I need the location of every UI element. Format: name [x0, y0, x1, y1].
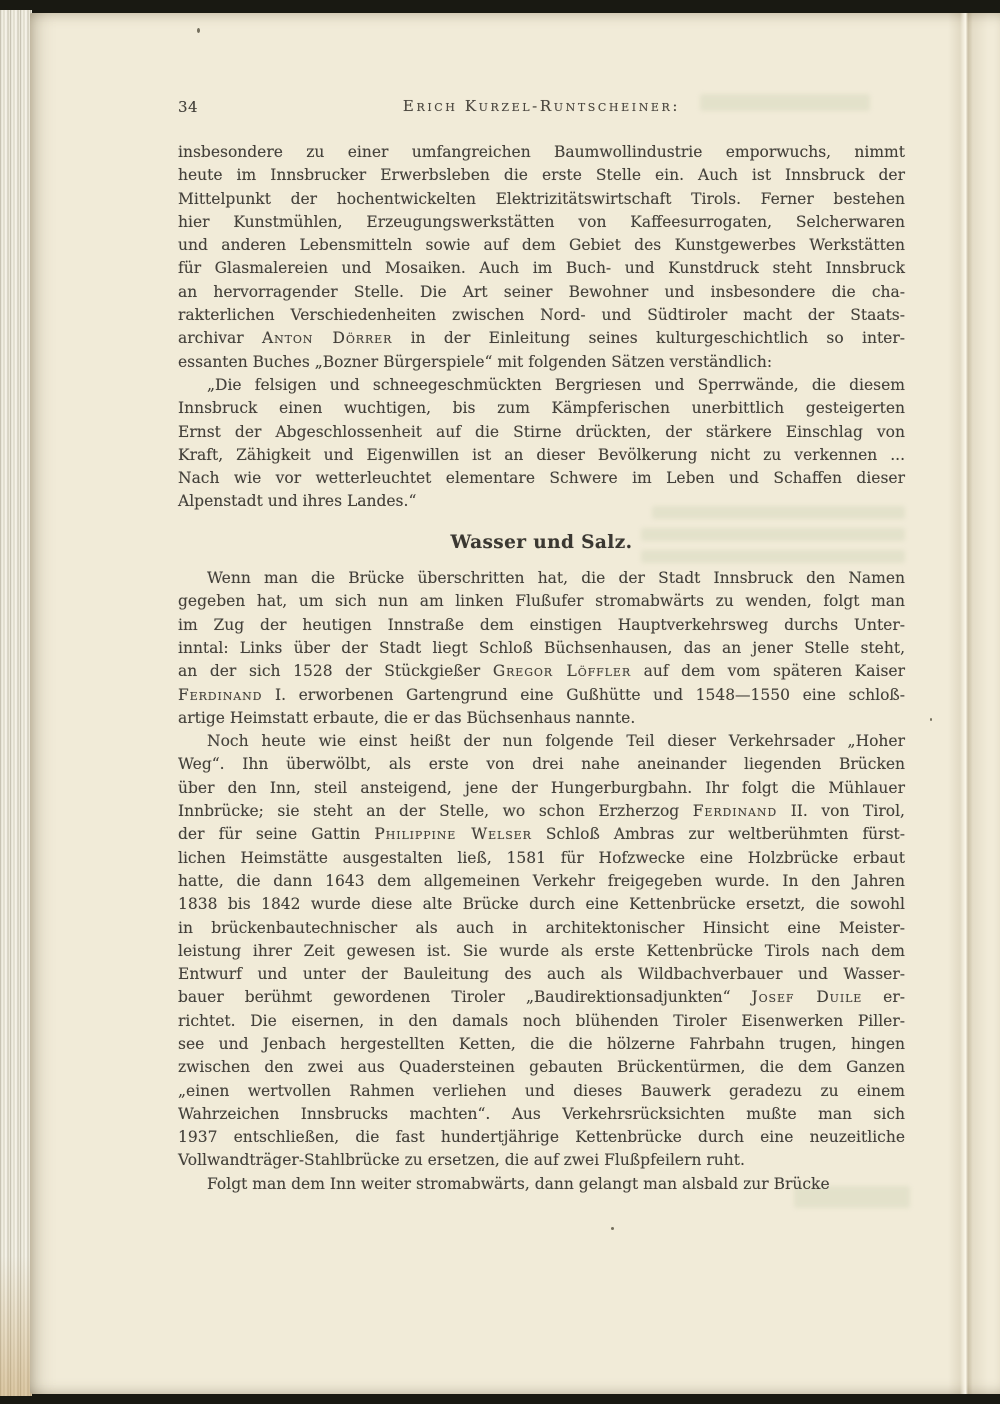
small-caps-name: Josef Duile — [752, 988, 863, 1006]
body-line: heute im Innsbrucker Erwerbsleben die er… — [178, 164, 905, 187]
body-line: Entwurf und unter der Bauleitung des auc… — [178, 963, 905, 986]
paper-speck — [611, 1227, 614, 1230]
body-line: bauer berühmt gewordenen Tiroler „Baudir… — [178, 986, 905, 1009]
paragraph: insbesondere zu einer umfangreichen Baum… — [178, 141, 905, 374]
body-line: und anderen Lebensmitteln sowie auf dem … — [178, 234, 905, 257]
page-header: 34 Erich Kurzel-Runtscheiner: — [178, 95, 905, 115]
paragraph: „Die felsigen und schneegeschmückten Ber… — [178, 374, 905, 514]
body-line: lichen Heimstätte ausgestalten ließ, 158… — [178, 847, 905, 870]
body-line: see und Jenbach hergestellten Ketten, di… — [178, 1033, 905, 1056]
body-line: insbesondere zu einer umfangreichen Baum… — [178, 141, 905, 164]
paragraph: Wenn man die Brücke überschritten hat, d… — [178, 567, 905, 730]
small-caps-name: Gregor Löffler — [493, 662, 631, 680]
body-line: Weg“. Ihn überwölbt, als erste von drei … — [178, 753, 905, 776]
body-line: essanten Buches „Bozner Bürgerspiele“ mi… — [178, 351, 905, 374]
small-caps-name: Ferdinand — [178, 686, 262, 704]
running-header: Erich Kurzel-Runtscheiner: — [178, 95, 905, 118]
body-line: an hervorragender Stelle. Die Art seiner… — [178, 281, 905, 304]
body-line: „einen wertvollen Rahmen verliehen und d… — [178, 1080, 905, 1103]
body-line: leistung ihrer Zeit gewesen ist. Sie wur… — [178, 940, 905, 963]
body-line: Ernst der Abgeschlossenheit auf die Stir… — [178, 421, 905, 444]
body-line: im Zug der heutigen Innstraße dem einsti… — [178, 614, 905, 637]
binding-gutter — [948, 13, 988, 1394]
paper-speck — [930, 718, 932, 721]
small-caps-name: Philippine Welser — [374, 825, 531, 843]
body-line: über den Inn, steil ansteigend, jene der… — [178, 777, 905, 800]
body-line: Folgt man dem Inn weiter stromabwärts, d… — [178, 1173, 905, 1196]
paper-speck — [197, 28, 200, 33]
body-line: in brückenbautechnischer als auch in arc… — [178, 917, 905, 940]
body-line: Nach wie vor wetterleuchtet elementare S… — [178, 467, 905, 490]
body-line: 1937 entschließen, die fast hundertjähri… — [178, 1126, 905, 1149]
paragraph: Folgt man dem Inn weiter stromabwärts, d… — [178, 1173, 905, 1196]
body-line: Wahrzeichen Innsbrucks machten“. Aus Ver… — [178, 1103, 905, 1126]
body-line: Noch heute wie einst heißt der nun folge… — [178, 730, 905, 753]
body-line: Innbrücke; sie steht an der Stelle, wo s… — [178, 800, 905, 823]
body-line: an der sich 1528 der Stückgießer Gregor … — [178, 660, 905, 683]
body-line: Wenn man die Brücke überschritten hat, d… — [178, 567, 905, 590]
body-line: inntal: Links über der Stadt liegt Schlo… — [178, 637, 905, 660]
small-caps-name: Ferdinand — [693, 802, 777, 820]
body-line: hier Kunstmühlen, Erzeugungswerkstätten … — [178, 211, 905, 234]
body-line: hatte, die dann 1643 dem allgemeinen Ver… — [178, 870, 905, 893]
small-caps-name: Anton Dörrer — [262, 329, 392, 347]
body-line: der für seine Gattin Philippine Welser S… — [178, 823, 905, 846]
body-line: „Die felsigen und schneegeschmückten Ber… — [178, 374, 905, 397]
body-line: Alpenstadt und ihres Landes.“ — [178, 490, 905, 513]
body-line: Vollwandträger-Stahlbrücke zu ersetzen, … — [178, 1149, 905, 1172]
body-line: rakterlichen Verschiedenheiten zwischen … — [178, 304, 905, 327]
body-line: artige Heimstatt erbaute, die er das Büc… — [178, 707, 905, 730]
body-line: 1838 bis 1842 wurde diese alte Brücke du… — [178, 893, 905, 916]
body-line: zwischen den zwei aus Quadersteinen geba… — [178, 1056, 905, 1079]
body-line: Innsbruck einen wuchtigen, bis zum Kämpf… — [178, 397, 905, 420]
body-line: Ferdinand I. erworbenen Gartengrund eine… — [178, 684, 905, 707]
page-number: 34 — [178, 96, 198, 119]
text-column: 34 Erich Kurzel-Runtscheiner: insbesonde… — [178, 95, 905, 1196]
body-line: Mittelpunkt der hochentwickelten Elektri… — [178, 188, 905, 211]
body-line: gegeben hat, um sich nun am linken Flußu… — [178, 590, 905, 613]
body-line: Kraft, Zähigkeit und Eigenwillen ist an … — [178, 444, 905, 467]
body-line: richtet. Die eisernen, in den damals noc… — [178, 1010, 905, 1033]
paragraph: Noch heute wie einst heißt der nun folge… — [178, 730, 905, 1173]
body-text: insbesondere zu einer umfangreichen Baum… — [178, 141, 905, 1196]
book-scan: 34 Erich Kurzel-Runtscheiner: insbesonde… — [0, 0, 1000, 1404]
page-edge-stack — [0, 10, 32, 1396]
body-line: archivar Anton Dörrer in der Einleitung … — [178, 327, 905, 350]
body-line: für Glasmalereien und Mosaiken. Auch im … — [178, 257, 905, 280]
section-heading: Wasser und Salz. — [178, 531, 905, 554]
